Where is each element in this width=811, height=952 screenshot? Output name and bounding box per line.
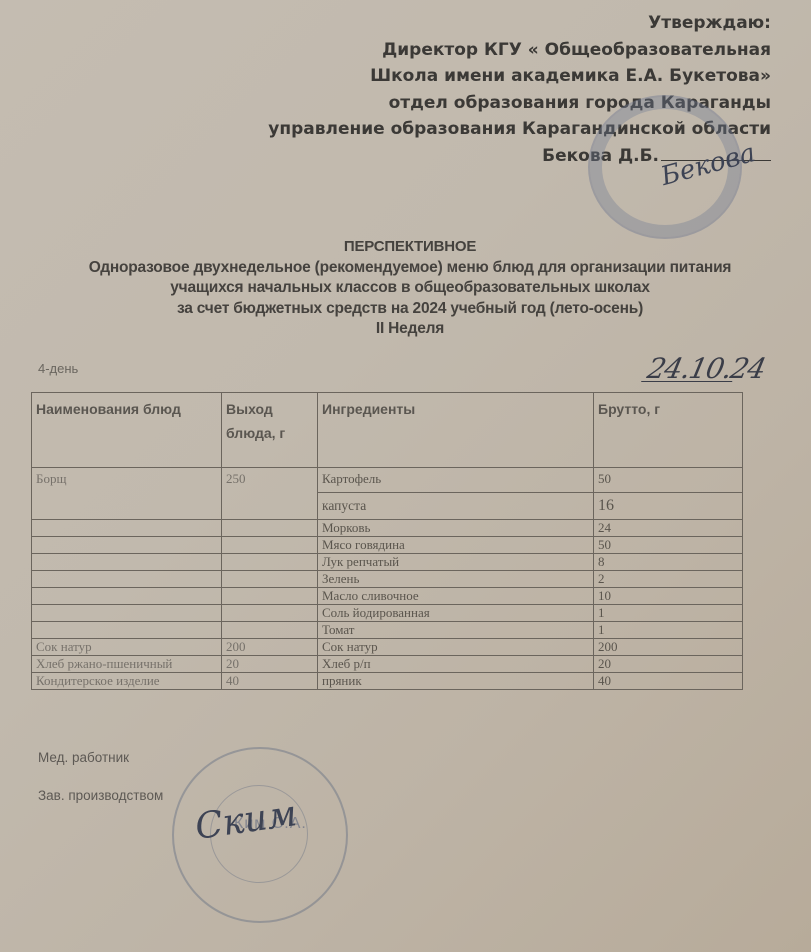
dish-cell: Борщ [32,468,222,520]
column-header-dish: Наименования блюд [32,393,222,468]
column-header-ingredients: Ингредиенты [318,393,594,468]
table-row: Хлеб ржано-пшеничный20Хлеб р/п20 [32,656,743,673]
table-row: Соль йодированная1 [32,605,743,622]
menu-table-body: Борщ 250 Картофель 50 капуста 16 Морковь… [32,468,743,690]
ingredient-cell: Сок натур [318,639,594,656]
table-row: Лук репчатый8 [32,554,743,571]
production-signature-label: Зав. производством [38,788,163,826]
yield-cell [222,537,318,554]
dish-cell [32,622,222,639]
subtitle-line-3: за счет бюджетных средств на 2024 учебны… [20,299,800,320]
dish-cell [32,588,222,605]
day-label: 4-день [38,361,78,376]
dish-cell [32,537,222,554]
gross-cell: 16 [594,493,743,520]
document-title: ПЕРСПЕКТИВНОЕ [20,237,800,258]
ingredient-cell: Томат [318,622,594,639]
yield-cell: 20 [222,656,318,673]
dish-cell: Хлеб ржано-пшеничный [32,656,222,673]
gross-cell: 50 [594,537,743,554]
ingredient-cell: Масло сливочное [318,588,594,605]
menu-table: Наименования блюд Выход блюда, г Ингреди… [31,392,743,690]
handwritten-date: 24.10.24 [644,352,768,385]
ingredient-cell: Хлеб р/п [318,656,594,673]
table-row: Борщ 250 Картофель 50 [32,468,743,493]
yield-cell [222,588,318,605]
yield-cell: 250 [222,468,318,520]
gross-cell: 2 [594,571,743,588]
dish-cell: Сок натур [32,639,222,656]
dish-cell [32,605,222,622]
dish-cell [32,520,222,537]
column-header-yield: Выход блюда, г [222,393,318,468]
table-row: Масло сливочное10 [32,588,743,605]
ingredient-cell: капуста [318,493,594,520]
approval-director-line: Директор КГУ « Общеобразовательная [251,37,771,64]
yield-cell: 40 [222,673,318,690]
approval-school-line: Школа имени академика Е.А. Букетова» [251,63,771,90]
table-row: Мясо говядина50 [32,537,743,554]
gross-cell: 20 [594,656,743,673]
gross-cell: 200 [594,639,743,656]
dish-cell [32,554,222,571]
gross-cell: 1 [594,605,743,622]
signatures-block: Мед. работник Зав. производством [38,750,163,826]
table-row: Морковь24 [32,520,743,537]
yield-cell: 200 [222,639,318,656]
yield-cell [222,622,318,639]
subtitle-line-2: учащихся начальных классов в общеобразов… [20,278,800,299]
ingredient-cell: Зелень [318,571,594,588]
week-label: II Неделя [20,319,800,340]
ingredient-cell: Картофель [318,468,594,493]
yield-cell [222,554,318,571]
table-row: Кондитерское изделие40пряник40 [32,673,743,690]
gross-cell: 50 [594,468,743,493]
yield-cell [222,571,318,588]
table-row: Зелень2 [32,571,743,588]
gross-cell: 1 [594,622,743,639]
table-header-row: Наименования блюд Выход блюда, г Ингреди… [32,393,743,468]
ingredient-cell: Лук репчатый [318,554,594,571]
document-titles: ПЕРСПЕКТИВНОЕ Одноразовое двухнедельное … [20,237,800,340]
yield-cell [222,520,318,537]
gross-cell: 10 [594,588,743,605]
gross-cell: 40 [594,673,743,690]
dish-cell: Кондитерское изделие [32,673,222,690]
ingredient-cell: Соль йодированная [318,605,594,622]
subtitle-line-1: Одноразовое двухнедельное (рекомендуемое… [20,258,800,279]
yield-cell [222,605,318,622]
approval-heading: Утверждаю: [251,10,771,37]
dish-cell [32,571,222,588]
ingredient-cell: Мясо говядина [318,537,594,554]
ingredient-cell: пряник [318,673,594,690]
gross-cell: 8 [594,554,743,571]
column-header-gross: Брутто, г [594,393,743,468]
gross-cell: 24 [594,520,743,537]
ingredient-cell: Морковь [318,520,594,537]
table-row: Сок натур200Сок натур200 [32,639,743,656]
table-row: Томат1 [32,622,743,639]
medic-signature-label: Мед. работник [38,750,163,788]
